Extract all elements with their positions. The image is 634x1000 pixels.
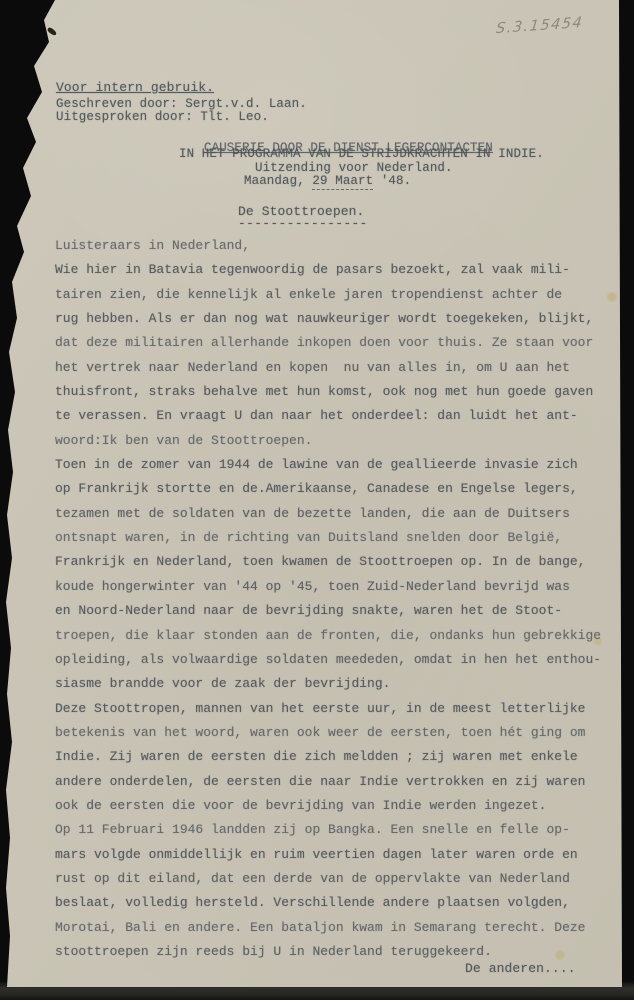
body-text-line: Morotai, Bali en andere. Een bataljon kw… xyxy=(55,916,600,940)
body-text-line: mars volgde onmiddellijk en ruim veertie… xyxy=(55,843,600,867)
typewritten-page: S.3.15454 Voor intern gebruik. Geschreve… xyxy=(0,0,624,987)
date-prefix: Maandag, xyxy=(244,174,312,188)
body-text-line: dat deze militairen allerhande inkopen d… xyxy=(55,331,600,355)
body-text-line: siasme brandde voor de zaak der bevrijdi… xyxy=(55,672,600,696)
written-by-line: Geschreven door: Sergt.v.d. Laan. xyxy=(56,97,307,111)
body-text-line: het vertrek naar Nederland en kopen nu v… xyxy=(55,356,600,380)
ink-speck xyxy=(46,27,57,37)
date-line: Maandag, 29 Maart '48. xyxy=(244,174,411,188)
date-underlined: 29 Maart xyxy=(312,174,373,190)
closing-line: De anderen.... xyxy=(465,961,576,976)
title-dashed-underline: ---------------- xyxy=(238,216,368,231)
body-text-line: woord:Ik ben van de Stoottroepen. xyxy=(55,429,600,453)
body-text-line: koude hongerwinter van '44 op '45, toen … xyxy=(55,575,600,599)
ink-speck xyxy=(43,35,47,38)
body-text-line: op Frankrijk stortte en de.Amerikaanse, … xyxy=(55,477,600,501)
body-text-line: Indie. Zij waren de eersten die zich mel… xyxy=(55,745,600,769)
document-scan: S.3.15454 Voor intern gebruik. Geschreve… xyxy=(0,0,634,1000)
body-text-line: ontsnapt waren, in de richting van Duits… xyxy=(55,526,600,550)
body-text-line: Wie hier in Batavia tegenwoordig de pasa… xyxy=(55,258,600,282)
overstruck-program-line-2: IN HET PROGRAMMA VAN DE STRIJDKRACHTEN I… xyxy=(179,147,544,161)
body-text-line: beslaat, volledig hersteld. Verschillend… xyxy=(55,891,600,915)
body-text-line: troepen, die klaar stonden aan de fronte… xyxy=(55,624,600,648)
body-text-line: rust op dit eiland, dat een derde van de… xyxy=(55,867,600,891)
spoken-by-line: Uitgesproken door: Tlt. Leo. xyxy=(56,110,269,124)
handwritten-archive-number: S.3.15454 xyxy=(495,15,584,37)
body-text-line: rug hebben. Als er dan nog wat nauwkeuri… xyxy=(55,307,600,331)
body-text-line: Deze Stoottropen, mannen van het eerste … xyxy=(55,697,600,721)
body-text-line: Toen in de zomer van 1944 de lawine van … xyxy=(55,453,600,477)
date-suffix: '48. xyxy=(373,174,411,188)
body-text-block: Luisteraars in Nederland,Wie hier in Bat… xyxy=(55,234,600,964)
ink-speck xyxy=(37,38,45,45)
body-text-line: Luisteraars in Nederland, xyxy=(55,234,600,258)
body-text-line: tezamen met de soldaten van de bezette l… xyxy=(55,502,600,526)
body-text-line: thuisfront, straks behalve met hun komst… xyxy=(55,380,600,404)
body-text-line: tairen zien, die kennelijk al enkele jar… xyxy=(55,283,600,307)
body-text-line: ook de eersten die voor de bevrijding va… xyxy=(55,794,600,818)
broadcast-line: Uitzending voor Nederland. xyxy=(255,161,453,175)
body-text-line: opleiding, als volwaardige soldaten meed… xyxy=(55,648,600,672)
ink-speck xyxy=(29,46,35,52)
body-text-line: en Noord-Nederland naar de bevrijding sn… xyxy=(55,599,600,623)
body-text-line: Op 11 Februari 1946 landden zij op Bangk… xyxy=(55,818,600,842)
body-text-line: betekenis van het woord, waren ook weer … xyxy=(55,721,600,745)
body-text-line: andere onderdelen, de eersten die naar I… xyxy=(55,770,600,794)
internal-use-label: Voor intern gebruik. xyxy=(56,80,214,95)
body-text-line: te verassen. En vraagt U dan naar het on… xyxy=(55,404,600,428)
body-text-line: Frankrijk en Nederland, toen kwamen de S… xyxy=(55,550,600,574)
